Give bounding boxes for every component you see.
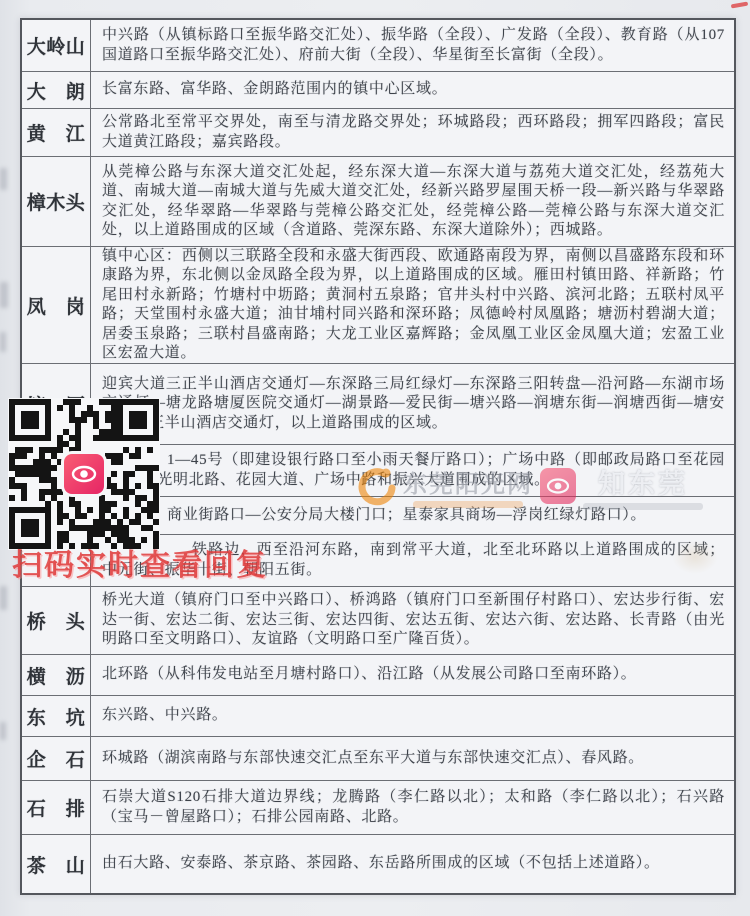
scanned-document-page: { "table": { "rows": [ {"town":"大岭山","ro…: [0, 0, 750, 916]
table-row: 茶 山由石大路、安泰路、茶京路、茶园路、东岳路所围成的区域（不包括上述道路）。: [22, 835, 734, 893]
watermark: 东莞阳光网 知东莞: [352, 460, 703, 512]
roads-text: 石崇大道S120石排大道边界线；龙腾路（李仁路以北）；太和路（李仁路以北）；石兴…: [102, 788, 725, 827]
roads-cell: 北环路（从科伟发电站至月塘村路口）、沿江路（从发展公司路口至南环路）。: [91, 655, 734, 695]
table-row: 东 坑东兴路、中兴路。: [22, 696, 734, 737]
roads-cell: 东兴路、中兴路。: [91, 696, 734, 736]
roads-text: 桥光大道（镇府门口至中兴路口）、桥鸿路（镇府门口至新围仔村路口）、宏达步行街、宏…: [102, 591, 725, 650]
qr-caption-text: 扫码实时查看回复: [12, 540, 268, 584]
roads-cell: 从莞樟公路与东深大道交汇处起，经东深大道—东深大道与荔苑大道交汇处，经荔苑大道、…: [91, 157, 734, 246]
town-cell: 企 石: [22, 737, 91, 780]
town-cell: 樟木头: [22, 157, 91, 246]
table-row: 大岭山中兴路（从镇标路口至振华路交汇处）、振华路（全段）、广发路（全段）、教育路…: [22, 20, 734, 72]
roads-text: 公常路北至常平交界处，南至与清龙路交界处；环城路段；西环路段；拥军四路段；富民大…: [102, 113, 725, 152]
paper-stain: [672, 540, 718, 574]
table-row: 横 沥北环路（从科伟发电站至月塘村路口）、沿江路（从发展公司路口至南环路）。: [22, 655, 734, 696]
town-cell: 凤 岗: [22, 247, 91, 363]
roads-text: 北环路（从科伟发电站至月塘村路口）、沿江路（从发展公司路口至南环路）。: [102, 665, 725, 685]
town-cell: 大岭山: [22, 20, 91, 71]
roads-text: 长富东路、富华路、金朗路范围内的镇中心区域。: [102, 80, 725, 100]
roads-cell: 环城路（湖滨南路与东部快速交汇点至东平大道与东部快速交汇点）、春风路。: [91, 737, 734, 780]
sun0769-swirl-icon: [352, 464, 396, 508]
roads-cell: 镇中心区：西侧以三联路全段和永盛大街西段、欧通路南段为界，南侧以昌盛路东段和环康…: [91, 247, 734, 363]
table-row: 大 朗长富东路、富华路、金朗路范围内的镇中心区域。: [22, 72, 734, 109]
roads-cell: 公常路北至常平交界处，南至与清龙路交界处；环城路段；西环路段；拥军四路段；富民大…: [91, 109, 734, 156]
table-row: 石 排石崇大道S120石排大道边界线；龙腾路（李仁路以北）；太和路（李仁路以北）…: [22, 781, 734, 835]
roads-text: 从莞樟公路与东深大道交汇处起，经东深大道—东深大道与荔苑大道交汇处，经荔苑大道、…: [102, 163, 725, 241]
town-cell: 东 坑: [22, 696, 91, 736]
table-row: 黄 江公常路北至常平交界处，南至与清龙路交界处；环城路段；西环路段；拥军四路段；…: [22, 109, 734, 157]
watermark-app-block: 知东莞: [583, 462, 703, 510]
roads-text: 迎宾大道三正半山酒店交通灯—东深路三局红绿灯—东深路三阳转盘—沿河路—东湖市场交…: [102, 375, 725, 434]
roads-text: 由石大路、安泰路、茶京路、茶园路、东岳路所围成的区域（不包括上述道路）。: [102, 854, 725, 874]
qr-center-eye-icon: [64, 454, 104, 494]
town-cell: 桥 头: [22, 587, 91, 654]
town-cell: 横 沥: [22, 655, 91, 695]
watermark-site-name: 东莞阳光网: [403, 464, 533, 499]
scan-smudge: [0, 282, 8, 308]
roads-text: 东兴路、中兴路。: [102, 706, 725, 726]
town-cell: 大 朗: [22, 72, 91, 108]
watermark-app-name: 知东莞: [598, 462, 688, 501]
red-pen-mark: [731, 2, 748, 9]
roads-text: 镇中心区：西侧以三联路全段和永盛大街西段、欧通路南段为界，南侧以昌盛路东段和环康…: [102, 247, 725, 364]
roads-cell: 桥光大道（镇府门口至中兴路口）、桥鸿路（镇府门口至新围仔村路口）、宏达步行街、宏…: [91, 587, 734, 654]
town-cell: 黄 江: [22, 109, 91, 156]
roads-cell: 中兴路（从镇标路口至振华路交汇处）、振华路（全段）、广发路（全段）、教育路（从1…: [91, 20, 734, 71]
roads-cell: 迎宾大道三正半山酒店交通灯—东深路三局红绿灯—东深路三阳转盘—沿河路—东湖市场交…: [91, 364, 734, 444]
town-cell: 茶 山: [22, 835, 91, 893]
roads-text: 中兴路（从镇标路口至振华路交汇处）、振华路（全段）、广发路（全段）、教育路（从1…: [102, 26, 725, 65]
scan-smudge: [0, 168, 7, 190]
roads-cell: 由石大路、安泰路、茶京路、茶园路、东岳路所围成的区域（不包括上述道路）。: [91, 835, 734, 893]
watermark-site-block: 东莞阳光网: [403, 464, 533, 508]
scan-smudge: [0, 586, 7, 610]
table-row: 樟木头从莞樟公路与东深大道交汇处起，经东深大道—东深大道与荔苑大道交汇处，经荔苑…: [22, 157, 734, 247]
watermark-site-url-bar: [413, 501, 523, 508]
table-row: 桥 头桥光大道（镇府门口至中兴路口）、桥鸿路（镇府门口至新围仔村路口）、宏达步行…: [22, 587, 734, 655]
qr-code: [8, 398, 160, 550]
scan-smudge: [0, 332, 6, 352]
roads-cell: 石崇大道S120石排大道边界线；龙腾路（李仁路以北）；太和路（李仁路以北）；石兴…: [91, 781, 734, 834]
roads-text: 环城路（湖滨南路与东部快速交汇点至东平大道与东部快速交汇点）、春风路。: [102, 749, 725, 769]
roads-cell: 长富东路、富华路、金朗路范围内的镇中心区域。: [91, 72, 734, 108]
watermark-app-sub-bar: [583, 503, 703, 510]
scan-smudge: [0, 722, 6, 740]
watermark-app-eye-icon: [540, 468, 576, 504]
town-cell: 石 排: [22, 781, 91, 834]
table-row: 凤 岗镇中心区：西侧以三联路全段和永盛大街西段、欧通路南段为界，南侧以昌盛路东段…: [22, 247, 734, 364]
table-row: 企 石环城路（湖滨南路与东部快速交汇点至东平大道与东部快速交汇点）、春风路。: [22, 737, 734, 781]
